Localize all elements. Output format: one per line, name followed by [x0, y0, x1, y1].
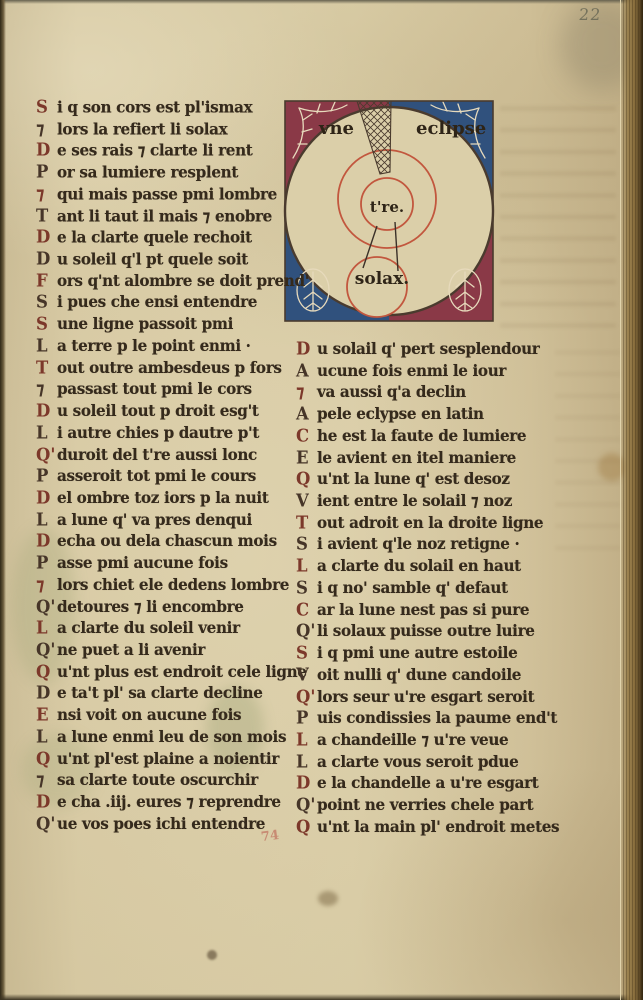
line-initial: ⁊ — [36, 574, 57, 594]
line-initial: L — [36, 726, 57, 746]
line-initial: Q — [36, 748, 57, 768]
verse-line: Q'detoures ⁊ li encombre — [36, 597, 309, 619]
line-initial: Q — [296, 816, 317, 836]
line-initial: ⁊ — [36, 183, 57, 203]
verse-line: De cha .iij. eures ⁊ reprendre — [36, 792, 309, 814]
line-initial: Q' — [36, 639, 57, 659]
line-text: u soleil tout p droit esg't — [57, 402, 259, 421]
line-initial: T — [36, 205, 57, 225]
verse-line: Fors q'nt alombre se doit prend' — [36, 271, 309, 293]
line-initial: D — [296, 338, 317, 358]
line-text: ant li taut il mais ⁊ enobre — [57, 206, 272, 225]
verse-line: Che est la faute de lumiere — [296, 426, 559, 448]
line-initial: Q' — [36, 813, 57, 833]
verse-line: ⁊lors la refiert li solax — [36, 119, 309, 141]
line-initial: V — [296, 664, 317, 684]
verse-line: Q'point ne verries chele part — [296, 795, 559, 817]
verse-line: Du soleil q'l pt quele soit — [36, 249, 309, 271]
line-text: a clarte du soleil venir — [57, 619, 240, 638]
line-initial: S — [296, 577, 317, 597]
verse-line: La clarte du soleil venir — [36, 618, 309, 640]
line-initial: S — [296, 642, 317, 662]
verse-line: De ta't pl' sa clarte decline — [36, 683, 309, 705]
line-text: a lune q' va pres denqui — [57, 510, 252, 529]
line-initial: Q — [36, 661, 57, 681]
folio-number: 22 — [578, 5, 602, 24]
line-initial: E — [36, 705, 57, 725]
book-page-edges — [620, 0, 643, 1000]
line-initial: T — [36, 357, 57, 377]
verse-line: Vient entre le solail ⁊ noz — [296, 491, 559, 513]
line-initial: D — [36, 531, 57, 551]
line-initial: D — [36, 791, 57, 811]
line-text: lors seur u're esgart seroit — [317, 687, 534, 706]
line-text: e ses rais ⁊ clarte li rent — [57, 141, 252, 160]
verse-line: La lune enmi leu de son mois — [36, 727, 309, 749]
verse-line: De ses rais ⁊ clarte li rent — [36, 140, 309, 162]
line-initial: P — [36, 553, 57, 573]
line-initial: D — [296, 773, 317, 793]
line-text: u'nt pl'est plaine a noientir — [57, 749, 279, 768]
verse-line: Qu'nt pl'est plaine a noientir — [36, 749, 309, 771]
line-text: e la chandelle a u're esgart — [317, 774, 538, 793]
verse-line: Passe pmi aucune fois — [36, 553, 309, 575]
line-text: echa ou dela chascun mois — [57, 532, 277, 551]
verso-showthrough — [500, 106, 616, 332]
line-text: detoures ⁊ li encombre — [57, 597, 244, 616]
verse-line: Decha ou dela chascun mois — [36, 531, 309, 553]
verse-line: Qu'nt plus est endroit cele ligne — [36, 662, 309, 684]
verse-line: Aucune fois enmi le iour — [296, 361, 559, 383]
eclipse-diagram: vne eclipse t're. solax. — [283, 96, 495, 328]
verse-line: ⁊sa clarte toute oscurchir — [36, 770, 309, 792]
line-text: a terre p le point enmi · — [57, 336, 251, 355]
verse-line: Qu'nt la main pl' endroit metes — [296, 817, 559, 839]
verse-line: Por sa lumiere resplent — [36, 162, 309, 184]
line-text: el ombre toz iors p la nuit — [57, 488, 269, 507]
line-initial: L — [296, 729, 317, 749]
scan-edge-top — [0, 0, 643, 4]
line-initial: C — [296, 425, 317, 445]
verse-line: Q'ne puet a li avenir — [36, 640, 309, 662]
line-text: ue vos poes ichi entendre — [57, 814, 265, 833]
line-text: uis condissies la paume end't — [317, 709, 557, 728]
line-text: qui mais passe pmi lombre — [57, 184, 277, 203]
verse-line: Ensi voit on aucune fois — [36, 705, 309, 727]
line-text: ne puet a li avenir — [57, 641, 205, 660]
stain — [207, 950, 217, 960]
line-text: out outre ambesdeus p fors — [57, 358, 282, 377]
line-text: asseroit tot pmi le cours — [57, 467, 256, 486]
line-initial: L — [36, 509, 57, 529]
line-initial: D — [36, 227, 57, 247]
line-initial: P — [36, 466, 57, 486]
line-initial: D — [36, 683, 57, 703]
line-text: li solaux puisse outre luire — [317, 622, 535, 641]
line-text: e cha .iij. eures ⁊ reprendre — [57, 793, 281, 812]
line-initial: S — [296, 534, 317, 554]
line-text: he est la faute de lumiere — [317, 426, 526, 445]
diagram-label-une: vne — [318, 118, 354, 139]
line-text: a chandeille ⁊ u're veue — [317, 730, 508, 749]
line-text: e ta't pl' sa clarte decline — [57, 684, 263, 703]
line-initial: T — [296, 512, 317, 532]
verse-line: Tout adroit en la droite ligne — [296, 513, 559, 535]
line-text: ucune fois enmi le iour — [317, 361, 506, 380]
line-initial: Q' — [296, 795, 317, 815]
line-initial: L — [36, 335, 57, 355]
line-initial: Q' — [36, 444, 57, 464]
verse-line: Li autre chies p dautre p't — [36, 423, 309, 445]
line-initial: L — [296, 556, 317, 576]
line-initial: S — [36, 314, 57, 334]
line-initial: S — [36, 96, 57, 116]
verse-line: La chandeille ⁊ u're veue — [296, 730, 559, 752]
line-initial: D — [36, 248, 57, 268]
verse-line: Car la lune nest pas si pure — [296, 600, 559, 622]
line-initial: L — [36, 618, 57, 638]
line-initial: L — [36, 422, 57, 442]
verse-line: Sune ligne passoit pmi — [36, 314, 309, 336]
line-text: i q son cors est pl'ismax — [57, 98, 252, 117]
scan-edge-left — [0, 0, 6, 1000]
line-text: duroit del t're aussi lonc — [57, 445, 257, 464]
line-text: point ne verries chele part — [317, 796, 533, 815]
line-text: ors q'nt alombre se doit prend' — [57, 271, 309, 290]
line-initial: P — [36, 162, 57, 182]
line-initial: A — [296, 360, 317, 380]
line-initial: Q' — [296, 621, 317, 641]
verse-line: Si q son cors est pl'ismax — [36, 97, 309, 119]
verse-line: Voit nulli q' dune candoile — [296, 665, 559, 687]
verse-line: Tout outre ambesdeus p fors — [36, 358, 309, 380]
verse-line: Si pues che ensi entendre — [36, 292, 309, 314]
verse-line: ⁊lors chiet ele dedens lombre — [36, 575, 309, 597]
line-initial: P — [296, 708, 317, 728]
verse-line: La clarte du solail en haut — [296, 556, 559, 578]
verse-line: Passeroit tot pmi le cours — [36, 466, 309, 488]
line-initial: E — [296, 447, 317, 467]
line-text: out adroit en la droite ligne — [317, 513, 543, 532]
line-text: une ligne passoit pmi — [57, 315, 233, 334]
line-initial: Q' — [36, 596, 57, 616]
line-text: i q pmi une autre estoile — [317, 644, 517, 663]
verse-line: Del ombre toz iors p la nuit — [36, 488, 309, 510]
line-text: i q no' samble q' defaut — [317, 578, 508, 597]
line-text: lors chiet ele dedens lombre — [57, 575, 289, 594]
line-initial: C — [296, 599, 317, 619]
verse-line: Si q no' samble q' defaut — [296, 578, 559, 600]
line-text: passast tout pmi le cors — [57, 380, 252, 399]
manuscript-page: 22 — [0, 0, 643, 1000]
line-initial: Q — [296, 469, 317, 489]
line-text: ient entre le solail ⁊ noz — [317, 492, 512, 511]
margin-note: 74 — [260, 828, 280, 845]
diagram-label-eclipse: eclipse — [416, 118, 486, 139]
line-text: e la clarte quele rechoit — [57, 228, 252, 247]
line-text: u solail q' pert sesplendour — [317, 340, 539, 359]
line-text: ar la lune nest pas si pure — [317, 600, 529, 619]
line-text: u soleil q'l pt quele soit — [57, 250, 248, 269]
line-text: le avient en itel maniere — [317, 448, 516, 467]
line-initial: Q' — [296, 686, 317, 706]
verse-line: De la clarte quele rechoit — [36, 227, 309, 249]
text-column-right: Du solail q' pert sesplendourAucune fois… — [296, 339, 559, 839]
diagram-label-solax: solax. — [355, 269, 409, 289]
verse-line: Si q pmi une autre estoile — [296, 643, 559, 665]
line-text: i avient q'le noz retigne · — [317, 535, 519, 554]
line-text: i autre chies p dautre p't — [57, 423, 259, 442]
line-text: u'nt la lune q' est desoz — [317, 470, 510, 489]
line-initial: F — [36, 270, 57, 290]
line-initial: ⁊ — [296, 382, 317, 402]
verse-line: De la chandelle a u're esgart — [296, 773, 559, 795]
line-initial: D — [36, 140, 57, 160]
line-text: pele eclypse en latin — [317, 405, 484, 424]
line-text: u'nt la main pl' endroit metes — [317, 817, 559, 836]
verse-line: Si avient q'le noz retigne · — [296, 534, 559, 556]
line-initial: ⁊ — [36, 118, 57, 138]
line-text: u'nt plus est endroit cele ligne — [57, 662, 307, 681]
verse-line: Tant li taut il mais ⁊ enobre — [36, 206, 309, 228]
verse-line: Q'lors seur u're esgart seroit — [296, 687, 559, 709]
line-text: lors la refiert li solax — [57, 119, 227, 138]
line-initial: ⁊ — [36, 770, 57, 790]
line-text: oit nulli q' dune candoile — [317, 665, 521, 684]
verse-line: ⁊passast tout pmi le cors — [36, 379, 309, 401]
verse-line: Q'duroit del t're aussi lonc — [36, 445, 309, 467]
line-initial: ⁊ — [36, 379, 57, 399]
line-text: a lune enmi leu de son mois — [57, 727, 286, 746]
verse-line: Du solail q' pert sesplendour — [296, 339, 559, 361]
verse-line: La terre p le point enmi · — [36, 336, 309, 358]
line-initial: A — [296, 404, 317, 424]
line-text: a clarte vous seroit pdue — [317, 752, 518, 771]
line-text: asse pmi aucune fois — [57, 554, 228, 573]
line-initial: S — [36, 292, 57, 312]
line-initial: L — [296, 751, 317, 771]
text-column-left: Si q son cors est pl'ismax⁊lors la refie… — [36, 97, 309, 835]
verse-line: Du soleil tout p droit esg't — [36, 401, 309, 423]
verse-line: ⁊qui mais passe pmi lombre — [36, 184, 309, 206]
verse-line: La lune q' va pres denqui — [36, 510, 309, 532]
line-text: va aussi q'a declin — [317, 383, 466, 402]
line-text: a clarte du solail en haut — [317, 557, 521, 576]
diagram-label-terre: t're. — [370, 198, 404, 216]
line-text: sa clarte toute oscurchir — [57, 771, 258, 790]
line-initial: V — [296, 490, 317, 510]
verse-line: La clarte vous seroit pdue — [296, 752, 559, 774]
line-text: i pues che ensi entendre — [57, 293, 257, 312]
verse-line: ⁊va aussi q'a declin — [296, 382, 559, 404]
line-text: nsi voit on aucune fois — [57, 706, 241, 725]
scan-edge-bottom — [0, 994, 643, 1000]
verse-line: Qu'nt la lune q' est desoz — [296, 469, 559, 491]
verse-line: Puis condissies la paume end't — [296, 708, 559, 730]
verse-line: Ele avient en itel maniere — [296, 448, 559, 470]
line-initial: D — [36, 487, 57, 507]
verse-line: Q'li solaux puisse outre luire — [296, 621, 559, 643]
stain — [318, 891, 338, 906]
line-initial: D — [36, 400, 57, 420]
verse-line: Apele eclypse en latin — [296, 404, 559, 426]
line-text: or sa lumiere resplent — [57, 163, 238, 182]
